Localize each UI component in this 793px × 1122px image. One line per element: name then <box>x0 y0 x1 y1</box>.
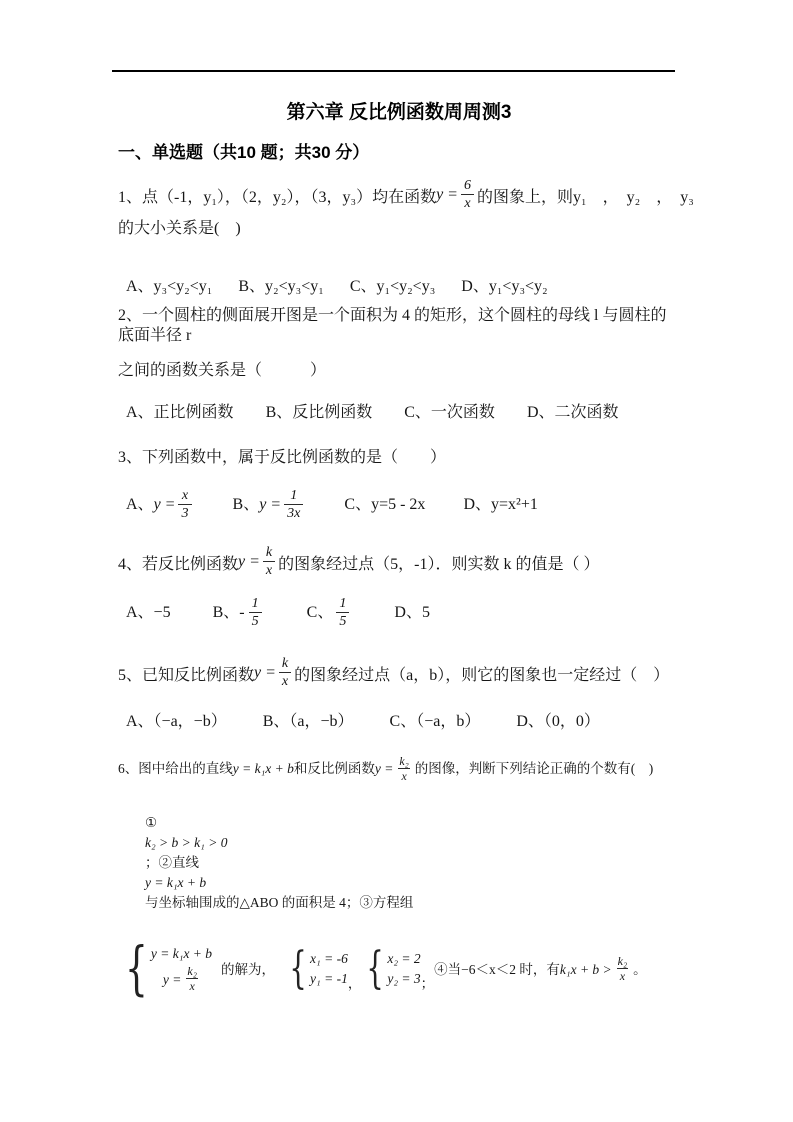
q4-option-c: C、 1 5 <box>307 596 353 630</box>
q6-inverse-denominator: x <box>398 768 409 783</box>
q4-option-c-label: C、 <box>307 603 334 623</box>
left-brace: { <box>289 948 306 990</box>
q4-option-b-label: B、 <box>213 603 240 623</box>
q1-option-b: B、y₂<y₃<y₁ <box>238 277 323 297</box>
q3-stem: 3、下列函数中，属于反比例函数的是（ ） <box>118 448 680 468</box>
q4-fraction-numerator: k <box>263 545 275 561</box>
q4-option-b-fraction: 1 5 <box>249 596 262 630</box>
q1-fraction-numerator: 6 <box>461 178 474 194</box>
q6-equation-system: { y = k₁x + b y = k₂ x <box>118 941 212 996</box>
q6-solution-1-rows: x₁ = -6 y₁ = -1 <box>310 950 348 987</box>
q4-option-b-denominator: 5 <box>249 612 262 630</box>
q6-solution-text: 的解为， <box>221 961 275 978</box>
q3-option-a-fraction: x 3 <box>178 488 191 522</box>
q6-stem-s3: 的图像，判断下列结论正确的个数有( ) <box>415 760 654 778</box>
q4-option-c-denominator: 5 <box>336 612 349 630</box>
q1-stem-post: 的图象上，则y₁ ， y₂ ， y₃ <box>477 184 694 207</box>
q6-system-eq2-fraction: k₂ x <box>184 965 200 994</box>
q2-option-b: B、反比例函数 <box>266 403 373 423</box>
q4-function-lhs: y = <box>238 553 260 571</box>
q1-fraction-denominator: x <box>461 194 473 212</box>
q6-system-eq2-lhs: y = <box>163 971 181 988</box>
q1-function-lhs: y = <box>436 186 458 204</box>
q6-solution-1: { x₁ = -6 y₁ = -1 <box>284 948 348 990</box>
q6-stem-line1: 6、图中给出的直线 y = k₁x + b 和反比例函数 y = k₂ x 的图… <box>118 750 680 788</box>
document-content: 第六章 反比例函数周周测3 一、单选题（共10 题；共30 分） 1、点（-1，… <box>118 0 680 1000</box>
q6-separator-comma: ， <box>348 975 362 992</box>
q6-statement4-numerator: k₂ <box>615 955 631 968</box>
q3-option-b-lhs: y = <box>259 495 281 515</box>
q6-statement4-inequality: k₁x + b > <box>560 961 612 978</box>
q1-stem-line2: 的大小关系是( ) <box>118 219 680 239</box>
q6-inverse-fraction: k₂ x <box>396 755 411 784</box>
q4-option-b: B、 - 1 5 <box>213 596 265 630</box>
q4-fraction: k x <box>263 545 275 579</box>
q6-solution2-x: x₂ = 2 <box>387 950 420 967</box>
q6-statement2-equation: y = k₁x + b <box>145 875 206 890</box>
q6-solution-2: { x₂ = 2 y₂ = 3 <box>361 948 420 990</box>
q2-option-d: D、二次函数 <box>527 403 619 423</box>
q6-system-eq2: y = k₂ x <box>151 965 212 994</box>
q3-option-a-label: A、 <box>126 495 154 515</box>
q3-option-a: A、 y = x 3 <box>126 488 195 522</box>
q5-fraction: k x <box>279 656 291 690</box>
q3-option-b: B、 y = 1 3x <box>233 488 307 522</box>
q3-option-a-lhs: y = <box>154 495 176 515</box>
q4-stem-post: 的图象经过点（5，-1）．则实数 k 的值是（ ） <box>278 551 599 574</box>
q1-option-c: C、y₁<y₂<y₃ <box>350 277 435 297</box>
q6-stem-s2: 和反比例函数 <box>294 760 375 778</box>
q4-option-c-numerator: 1 <box>336 596 349 612</box>
q4-option-b-numerator: 1 <box>249 596 262 612</box>
q1-options: A、y₃<y₂<y₁ B、y₂<y₃<y₁ C、y₁<y₂<y₃ D、y₁<y₃… <box>118 277 680 297</box>
q6-system-eq1: y = k₁x + b <box>151 945 212 962</box>
q5-fraction-denominator: x <box>279 672 291 690</box>
q4-stem: 4、若反比例函数 y = k x 的图象经过点（5，-1）．则实数 k 的值是（… <box>118 544 680 580</box>
q4-option-a: A、−5 <box>126 603 171 623</box>
q2-option-a: A、正比例函数 <box>126 403 234 423</box>
q1-stem-line1: 1、点（-1，y₁），（2，y₂），（3，y₃）均在函数 y = 6 x 的图象… <box>118 177 680 213</box>
q5-stem-pre: 5、已知反比例函数 <box>118 662 254 685</box>
q6-solution1-y: y₁ = -1 <box>310 970 348 987</box>
q6-statements-line: ① k₂ > b > k₁ > 0 ；②直线 y = k₁x + b 与坐标轴围… <box>118 793 680 933</box>
question-4: 4、若反比例函数 y = k x 的图象经过点（5，-1）．则实数 k 的值是（… <box>118 544 680 633</box>
q6-statement1-inequality: k₂ > b > k₁ > 0 <box>145 835 227 850</box>
q4-fraction-denominator: x <box>263 561 275 579</box>
q6-end-period: 。 <box>633 961 647 978</box>
q6-solution1-x: x₁ = -6 <box>310 950 348 967</box>
q2-option-c: C、一次函数 <box>404 403 495 423</box>
q6-inverse-numerator: k₂ <box>396 755 411 768</box>
q6-system-rows: y = k₁x + b y = k₂ x <box>151 945 212 994</box>
q6-line-equation: y = k₁x + b <box>233 760 294 778</box>
q1-option-a: A、y₃<y₂<y₁ <box>126 277 212 297</box>
q5-options: A、（−a，−b） B、（a，−b） C、（−a，b） D、（0，0） <box>118 712 680 732</box>
question-2: 2、一个圆柱的侧面展开图是一个面积为 4 的矩形，这个圆柱的母线 l 与圆柱的底… <box>118 306 680 423</box>
q6-statement3-text: 与坐标轴围成的△ABO 的面积是 4；③方程组 <box>145 895 413 910</box>
q6-system-line: { y = k₁x + b y = k₂ x 的解为， <box>118 938 680 1000</box>
q3-option-b-label: B、 <box>233 495 260 515</box>
q3-option-a-numerator: x <box>179 488 191 504</box>
q5-function-lhs: y = <box>254 664 276 682</box>
q5-option-a: A、（−a，−b） <box>126 712 227 732</box>
q6-separator-semicolon: ； <box>421 975 435 992</box>
q6-statement4-fraction: k₂ x <box>615 955 631 984</box>
q6-solution-2-rows: x₂ = 2 y₂ = 3 <box>387 950 420 987</box>
q4-option-b-minus-sign: - <box>239 603 245 623</box>
question-5: 5、已知反比例函数 y = k x 的图象经过点（a，b），则它的图象也一定经过… <box>118 655 680 732</box>
q1-option-d: D、y₁<y₃<y₂ <box>461 277 547 297</box>
left-brace: { <box>125 941 148 996</box>
q4-option-c-fraction: 1 5 <box>336 596 349 630</box>
q6-system-eq2-denominator: x <box>186 978 197 993</box>
q6-stem-s1: 6、图中给出的直线 <box>118 760 233 778</box>
q4-option-d: D、5 <box>394 603 430 623</box>
q3-option-c: C、y=5 - 2x <box>344 495 425 515</box>
q6-system-eq2-numerator: k₂ <box>184 965 200 978</box>
question-3: 3、下列函数中，属于反比例函数的是（ ） A、 y = x 3 B、 y = 1… <box>118 448 680 525</box>
left-brace: { <box>367 948 384 990</box>
page-title: 第六章 反比例函数周周测3 <box>118 101 680 125</box>
q4-options: A、−5 B、 - 1 5 C、 1 5 D、5 <box>118 593 680 633</box>
section-heading: 一、单选题（共10 题；共30 分） <box>118 142 680 164</box>
q5-option-d: D、（0，0） <box>516 712 600 732</box>
question-6: 6、图中给出的直线 y = k₁x + b 和反比例函数 y = k₂ x 的图… <box>118 750 680 1000</box>
q3-option-a-denominator: 3 <box>178 504 191 522</box>
q2-options: A、正比例函数 B、反比例函数 C、一次函数 D、二次函数 <box>118 403 680 423</box>
q6-statement1-marker: ① <box>145 815 157 830</box>
q6-statement4-denominator: x <box>617 968 628 983</box>
q5-stem: 5、已知反比例函数 y = k x 的图象经过点（a，b），则它的图象也一定经过… <box>118 655 680 691</box>
q3-option-b-numerator: 1 <box>287 488 300 504</box>
q1-stem-pre: 1、点（-1，y₁），（2，y₂），（3，y₃）均在函数 <box>118 184 436 207</box>
q3-option-b-denominator: 3x <box>284 504 303 522</box>
q2-stem-line2: 之间的函数关系是（ ） <box>118 361 680 381</box>
q1-fraction: 6 x <box>461 178 474 212</box>
q5-fraction-numerator: k <box>279 656 291 672</box>
q6-solution2-y: y₂ = 3 <box>387 970 420 987</box>
q3-options: A、 y = x 3 B、 y = 1 3x C、y=5 - 2x D <box>118 485 680 525</box>
q3-option-b-fraction: 1 3x <box>284 488 303 522</box>
q6-statement4-text: ④当−6＜x＜2 时，有 <box>434 961 560 978</box>
document-page: 第六章 反比例函数周周测3 一、单选题（共10 题；共30 分） 1、点（-1，… <box>0 0 793 1122</box>
q6-inverse-lhs: y = <box>375 760 393 778</box>
q5-option-c: C、（−a，b） <box>390 712 481 732</box>
q5-stem-post: 的图象经过点（a，b），则它的图象也一定经过（ ） <box>294 662 669 685</box>
q4-stem-pre: 4、若反比例函数 <box>118 551 238 574</box>
q6-statement2-text: ；②直线 <box>145 855 213 870</box>
question-1: 1、点（-1，y₁），（2，y₂），（3，y₃）均在函数 y = 6 x 的图象… <box>118 177 680 297</box>
q3-option-d: D、y=x²+1 <box>463 495 537 515</box>
q5-option-b: B、（a，−b） <box>263 712 354 732</box>
q2-stem-line1: 2、一个圆柱的侧面展开图是一个面积为 4 的矩形，这个圆柱的母线 l 与圆柱的底… <box>118 306 680 346</box>
